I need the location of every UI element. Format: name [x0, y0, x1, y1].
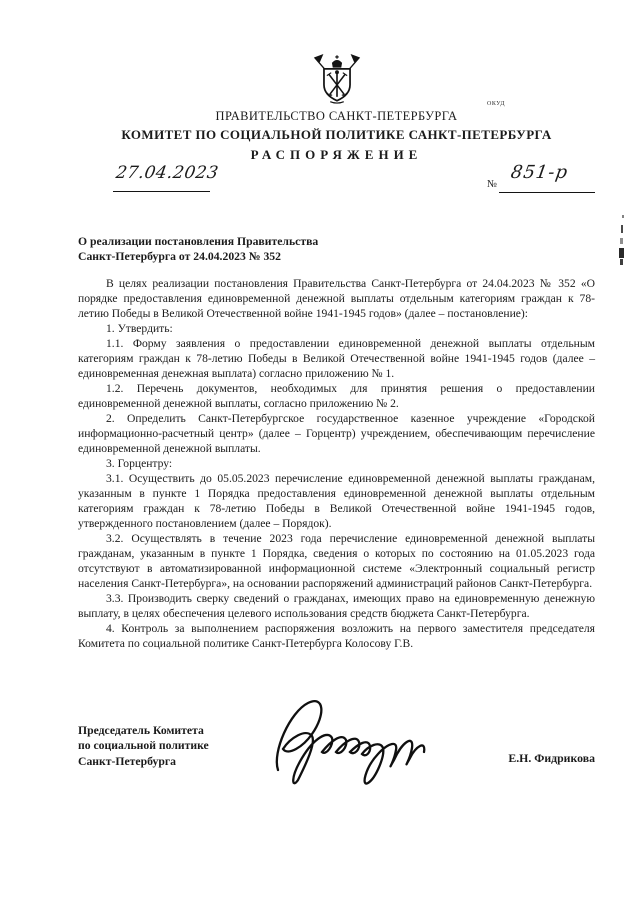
- document-page: ПРАВИТЕЛЬСТВО САНКТ-ПЕТЕРБУРГА КОМИТЕТ П…: [0, 0, 640, 905]
- paragraph-item-3-3: 3.3. Производить сверку сведений о гражд…: [78, 591, 595, 621]
- scan-artifact: [620, 238, 623, 244]
- paragraph-item-3: 3. Горцентру:: [78, 456, 595, 471]
- paragraph-item-3-2: 3.2. Осуществлять в течение 2023 года пе…: [78, 531, 595, 591]
- signer-position-line-1: Председатель Комитета: [78, 723, 209, 738]
- handwritten-number: 851-р: [509, 162, 569, 183]
- scan-artifact: [620, 259, 623, 265]
- scan-artifact: [619, 248, 624, 258]
- government-line: ПРАВИТЕЛЬСТВО САНКТ-ПЕТЕРБУРГА: [78, 109, 595, 124]
- number-underline: [499, 192, 595, 193]
- signer-position-line-2: по социальной политике: [78, 738, 209, 753]
- paragraph-item-3-1: 3.1. Осуществить до 05.05.2023 перечисле…: [78, 471, 595, 531]
- number-field: № 851-р: [487, 160, 597, 193]
- paragraph-item-1: 1. Утвердить:: [78, 321, 595, 336]
- paragraph-item-4: 4. Контроль за выполнением распоряжения …: [78, 621, 595, 651]
- okud-label: ОКУД: [487, 101, 505, 107]
- signer-position: Председатель Комитета по социальной поли…: [78, 723, 209, 769]
- scan-artifact: [621, 225, 623, 233]
- spb-coat-of-arms-icon: [308, 50, 366, 106]
- paragraph-preamble: В целях реализации постановления Правите…: [78, 276, 595, 321]
- subject-title: О реализации постановления Правительства…: [78, 234, 595, 265]
- subject-line-1: О реализации постановления Правительства: [78, 234, 595, 249]
- handwritten-date: 27.04.2023: [114, 163, 220, 183]
- number-sign: №: [487, 179, 497, 190]
- date-field: 27.04.2023: [113, 163, 210, 192]
- signature-autograph: [268, 690, 463, 792]
- document-header: ПРАВИТЕЛЬСТВО САНКТ-ПЕТЕРБУРГА КОМИТЕТ П…: [78, 50, 595, 163]
- subject-line-2: Санкт-Петербурга от 24.04.2023 № 352: [78, 249, 595, 264]
- signer-name: Е.Н. Фидрикова: [478, 751, 595, 766]
- scan-artifact: [622, 215, 624, 218]
- signer-position-line-3: Санкт-Петербурга: [78, 754, 209, 769]
- paragraph-item-1-2: 1.2. Перечень документов, необходимых дл…: [78, 381, 595, 411]
- paragraph-item-2: 2. Определить Санкт-Петербургское госуда…: [78, 411, 595, 456]
- document-body: В целях реализации постановления Правите…: [78, 276, 595, 651]
- committee-line: КОМИТЕТ ПО СОЦИАЛЬНОЙ ПОЛИТИКЕ САНКТ-ПЕТ…: [78, 127, 595, 143]
- paragraph-item-1-1: 1.1. Форму заявления о предоставлении ед…: [78, 336, 595, 381]
